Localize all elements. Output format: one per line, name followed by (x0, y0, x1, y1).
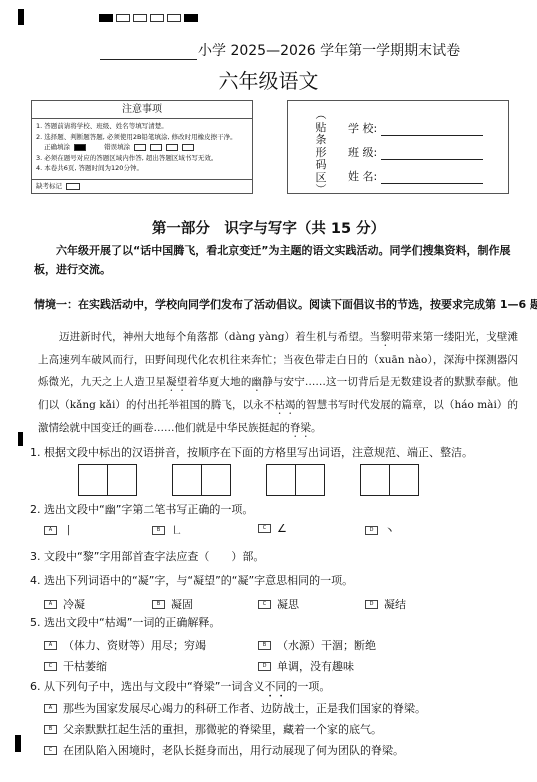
notice-item-4: 4. 本卷共6页, 答题时间为120分钟。 (36, 163, 248, 174)
q6-option-a[interactable]: A那些为国家发展尽心竭力的科研工作者、边防战士，正是我们国家的脊梁。 (44, 700, 426, 716)
question-6: 6. 从下列句子中，选出与文段中“脊梁”一词含义不同的一项。 (30, 678, 330, 700)
name-field: 姓 名: (348, 168, 483, 184)
correct-fill-icon (74, 144, 86, 151)
answer-grid-3[interactable] (266, 464, 325, 496)
subject-title: 六年级语文 (0, 65, 537, 94)
q5-option-d[interactable]: D单调，没有趣味 (258, 658, 354, 674)
answer-grid-4[interactable] (360, 464, 419, 496)
absent-mark-row: 缺考标记 (32, 179, 252, 193)
notice-item-2: 2. 选择题、判断题答题, 必须使用2B铅笔填涂, 修改时用橡皮擦干净。 (36, 132, 248, 143)
q5-option-c[interactable]: C干枯萎缩 (44, 658, 107, 674)
name-input[interactable] (381, 171, 483, 184)
school-name-blank[interactable] (100, 45, 197, 60)
question-3: 3. 文段中“黎”字用部首查字法应查（ ）部。 (30, 548, 264, 564)
q4-option-b[interactable]: B凝固 (152, 596, 193, 612)
answer-grid-2[interactable] (172, 464, 231, 496)
barcode-label-box: ︵贴条形码区︶ 学 校: 班 级: 姓 名: (287, 100, 509, 194)
fill-example: 正确填涂 错误填涂 (36, 142, 248, 153)
notice-box: 注意事项 1. 答题前请将学校、班级、姓名等填写清楚。 2. 选择题、判断题答题… (31, 100, 253, 194)
class-field: 班 级: (348, 144, 483, 160)
wrong-fill-cross-icon (150, 144, 162, 151)
q5-option-a[interactable]: A（体力、资财等）用尽；穷竭 (44, 637, 206, 653)
q2-option-a[interactable]: A丨 (44, 522, 74, 538)
school-field: 学 校: (348, 120, 483, 136)
notice-item-3: 3. 必须在题号对应的答题区域内作答, 超出答题区域书写无效。 (36, 153, 248, 164)
q4-option-a[interactable]: A冷凝 (44, 596, 85, 612)
q4-option-d[interactable]: D凝结 (365, 596, 406, 612)
wrong-fill-dot-icon (182, 144, 194, 151)
registration-mark-bottom (15, 735, 21, 752)
registration-mark-top (18, 9, 24, 25)
notice-item-1: 1. 答题前请将学校、班级、姓名等填写清楚。 (36, 121, 248, 132)
absent-checkbox[interactable] (66, 183, 80, 190)
question-5: 5. 选出文段中“枯竭”一词的正确解释。 (30, 614, 220, 630)
part1-intro: 六年级开展了以“话中国腾飞，看北京变迁”为主题的语文实践活动。同学们搜集资料，制… (34, 241, 518, 279)
class-input[interactable] (381, 147, 483, 160)
question-4: 4. 选出下列词语中的“凝”字，与“凝望”的“凝”字意思相同的一项。 (30, 572, 353, 588)
wrong-fill-check-icon (134, 144, 146, 151)
situation-1: 情境一：在实践活动中，学校向同学们发布了活动倡议。阅读下面倡议书的节选，按要求完… (34, 296, 524, 312)
part1-title: 第一部分 识字与写字（共 15 分） (0, 217, 537, 238)
answer-grid-1[interactable] (78, 464, 137, 496)
school-input[interactable] (381, 123, 483, 136)
question-1: 1. 根据文段中标出的汉语拼音，按顺序在下面的方格里写出词语，注意规范、端正、整… (30, 444, 473, 460)
q6-option-b[interactable]: B父亲默默扛起生活的重担，那微驼的脊梁里，藏着一个家的底气。 (44, 721, 382, 737)
q2-option-b[interactable]: B㇗ (152, 522, 182, 538)
q5-option-b[interactable]: B（水源）干涸；断绝 (258, 637, 376, 653)
q2-option-c[interactable]: C∠ (258, 522, 287, 535)
q6-option-c[interactable]: C在团队陷入困境时，老队长挺身而出，用行动展现了何为团队的脊梁。 (44, 742, 404, 758)
answer-grid-row (78, 464, 419, 496)
exam-code-strip (99, 14, 198, 22)
notice-heading: 注意事项 (32, 101, 252, 119)
wrong-fill-half-icon (166, 144, 178, 151)
registration-mark-mid (18, 432, 23, 446)
exam-title: 小学 2025—2026 学年第一学期期末试卷 (100, 40, 460, 60)
proposal-passage: 迈进新时代，神州大地每个角落都（dàng yàng）着生机与希望。当黎明带来第一… (38, 326, 518, 440)
barcode-area-label: ︵贴条形码区︶ (315, 109, 327, 197)
q2-option-d[interactable]: D丶 (365, 522, 395, 538)
question-2: 2. 选出文段中“幽”字第二笔书写正确的一项。 (30, 501, 253, 517)
q4-option-c[interactable]: C凝思 (258, 596, 299, 612)
